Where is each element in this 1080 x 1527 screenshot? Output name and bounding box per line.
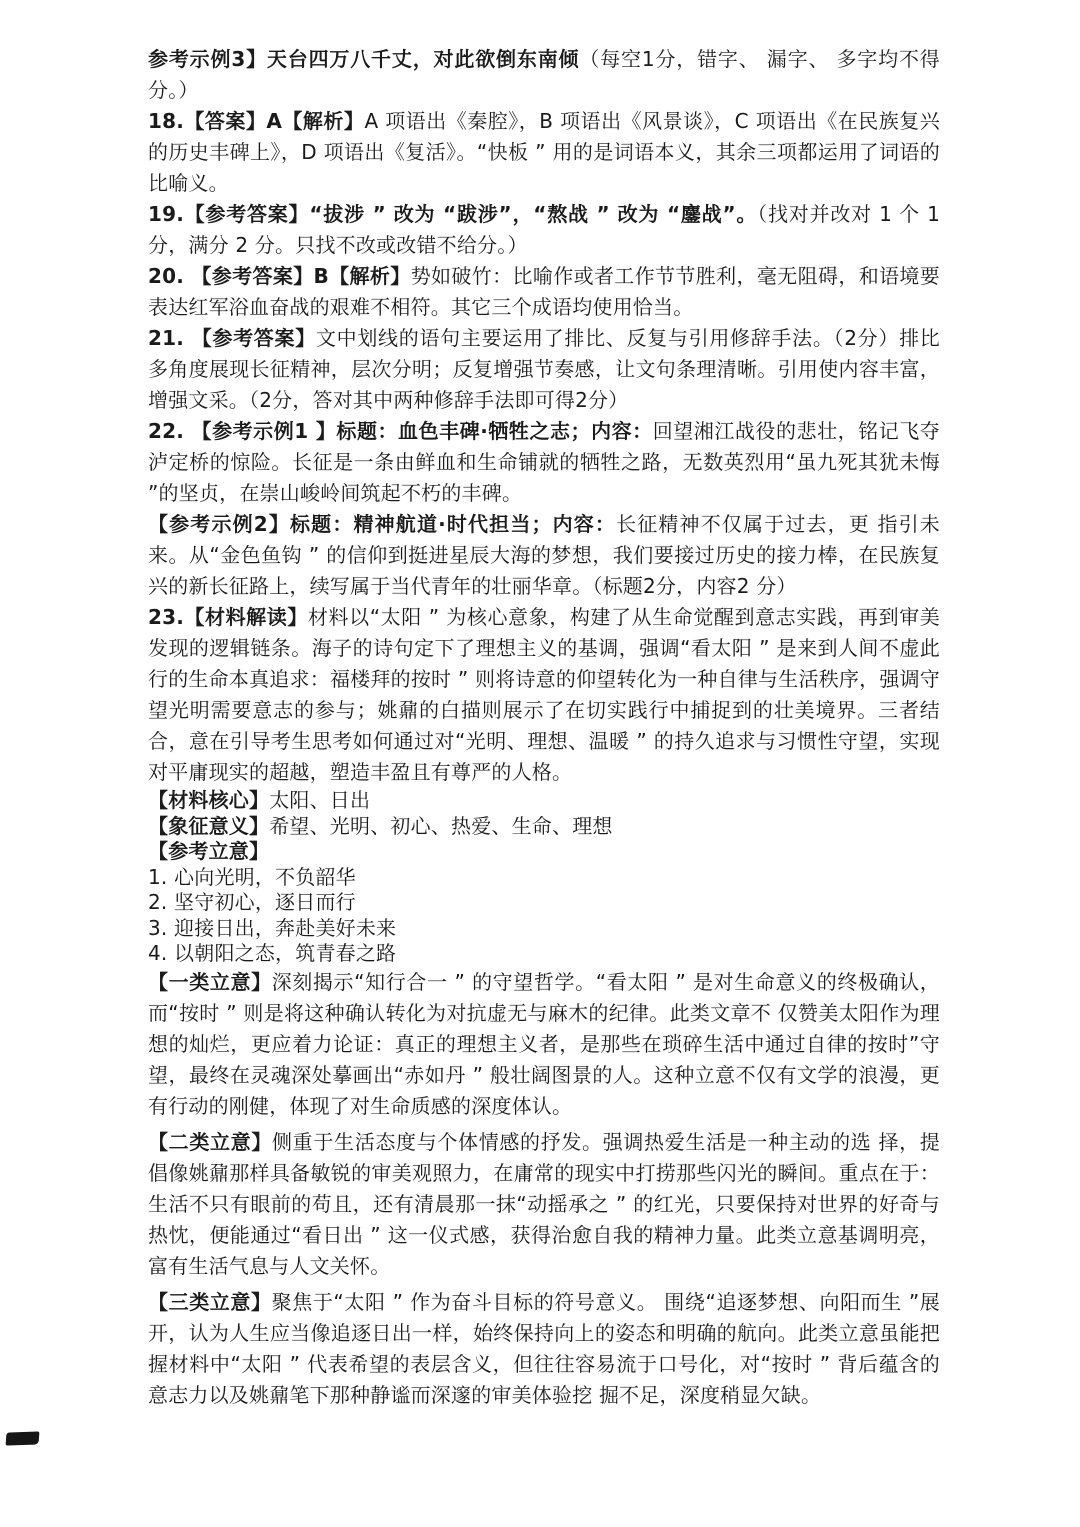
- text-segment: 23.【材料解读】: [148, 605, 308, 629]
- paragraph: 20. 【参考答案】B【解析】势如破竹：比喻作或者工作节节胜利，毫无阻碍，和语境…: [148, 261, 940, 323]
- paragraph: 1. 心向光明，不负韶华: [148, 865, 940, 891]
- paragraph: 【材料核心】太阳、日出: [148, 788, 940, 814]
- paragraph: 【三类立意】聚焦于“太阳 ” 作为奋斗目标的符号意义。 围绕“追逐梦想、向阳而生…: [148, 1287, 940, 1411]
- text-segment: 【一类立意】: [148, 970, 272, 994]
- text-segment: 18.【答案】A【解析】: [148, 109, 364, 133]
- paragraph: 18.【答案】A【解析】A 项语出《秦腔》，B 项语出《风景谈》，C 项语出《在…: [148, 106, 940, 199]
- paragraph: 23.【材料解读】材料以“太阳 ” 为核心意象，构建了从生命觉醒到意志实践，再到…: [148, 602, 940, 788]
- text-segment: 2. 坚守初心，逐日而行: [148, 890, 356, 914]
- text-segment: 1. 心向光明，不负韶华: [148, 865, 356, 889]
- paragraph: 参考示例3】天台四万八千丈，对此欲倒东南倾（每空1分，错字、 漏字、 多字均不得…: [148, 44, 940, 106]
- scan-ink-mark: [6, 1431, 40, 1445]
- paragraph: 【参考立意】: [148, 839, 940, 865]
- text-segment: 3. 迎接日出，奔赴美好未来: [148, 916, 396, 940]
- paragraph: 【一类立意】深刻揭示“知行合一 ” 的守望哲学。“看太阳 ” 是对生命意义的终极…: [148, 967, 940, 1122]
- text-segment: 太阳、日出: [269, 788, 370, 812]
- document-body: 参考示例3】天台四万八千丈，对此欲倒东南倾（每空1分，错字、 漏字、 多字均不得…: [148, 44, 940, 1411]
- text-segment: 【三类立意】: [148, 1290, 272, 1314]
- paragraph: 21. 【参考答案】文中划线的语句主要运用了排比、反复与引用修辞手法。（2分）排…: [148, 323, 940, 416]
- text-segment: 【二类立意】: [148, 1130, 272, 1154]
- text-segment: 【象征意义】: [148, 814, 269, 838]
- text-segment: 21. 【参考答案】: [148, 326, 316, 350]
- text-segment: 4. 以朝阳之态，筑青春之路: [148, 941, 396, 965]
- text-segment: 希望、光明、初心、热爱、生命、理想: [269, 814, 612, 838]
- text-segment: 【参考立意】: [148, 839, 269, 863]
- paragraph: 4. 以朝阳之态，筑青春之路: [148, 941, 940, 967]
- text-segment: 材料以“太阳 ” 为核心意象，构建了从生命觉醒到意志实践，再到审美发现的逻辑链条…: [148, 605, 940, 784]
- text-segment: 19.【参考答案】“拔涉 ” 改为 “跋涉”，“熬战 ” 改为 “鏖战”。: [148, 202, 757, 226]
- text-segment: 参考示例3】天台四万八千丈，对此欲倒东南倾: [148, 47, 579, 71]
- text-segment: 【材料核心】: [148, 788, 269, 812]
- paragraph: 19.【参考答案】“拔涉 ” 改为 “跋涉”，“熬战 ” 改为 “鏖战”。（找对…: [148, 199, 940, 261]
- paragraph: 【象征意义】希望、光明、初心、热爱、生命、理想: [148, 814, 940, 840]
- text-segment: 20. 【参考答案】B【解析】: [148, 264, 411, 288]
- scanned-answer-page: 参考示例3】天台四万八千丈，对此欲倒东南倾（每空1分，错字、 漏字、 多字均不得…: [0, 0, 1080, 1527]
- paragraph: 22. 【参考示例1 】标题：血色丰碑·牺牲之志；内容：回望湘江战役的悲壮，铭记…: [148, 416, 940, 509]
- paragraph: 【二类立意】侧重于生活态度与个体情感的抒发。强调热爱生活是一种主动的选 择，提倡…: [148, 1127, 940, 1282]
- text-segment: 22. 【参考示例1 】标题：血色丰碑·牺牲之志；内容：: [148, 419, 653, 443]
- paragraph: 2. 坚守初心，逐日而行: [148, 890, 940, 916]
- paragraph: 3. 迎接日出，奔赴美好未来: [148, 916, 940, 942]
- paragraph: 【参考示例2】标题：精神航道·时代担当；内容：长征精神不仅属于过去，更 指引未来…: [148, 509, 940, 602]
- text-segment: 【参考示例2】标题：精神航道·时代担当；内容：: [148, 512, 616, 536]
